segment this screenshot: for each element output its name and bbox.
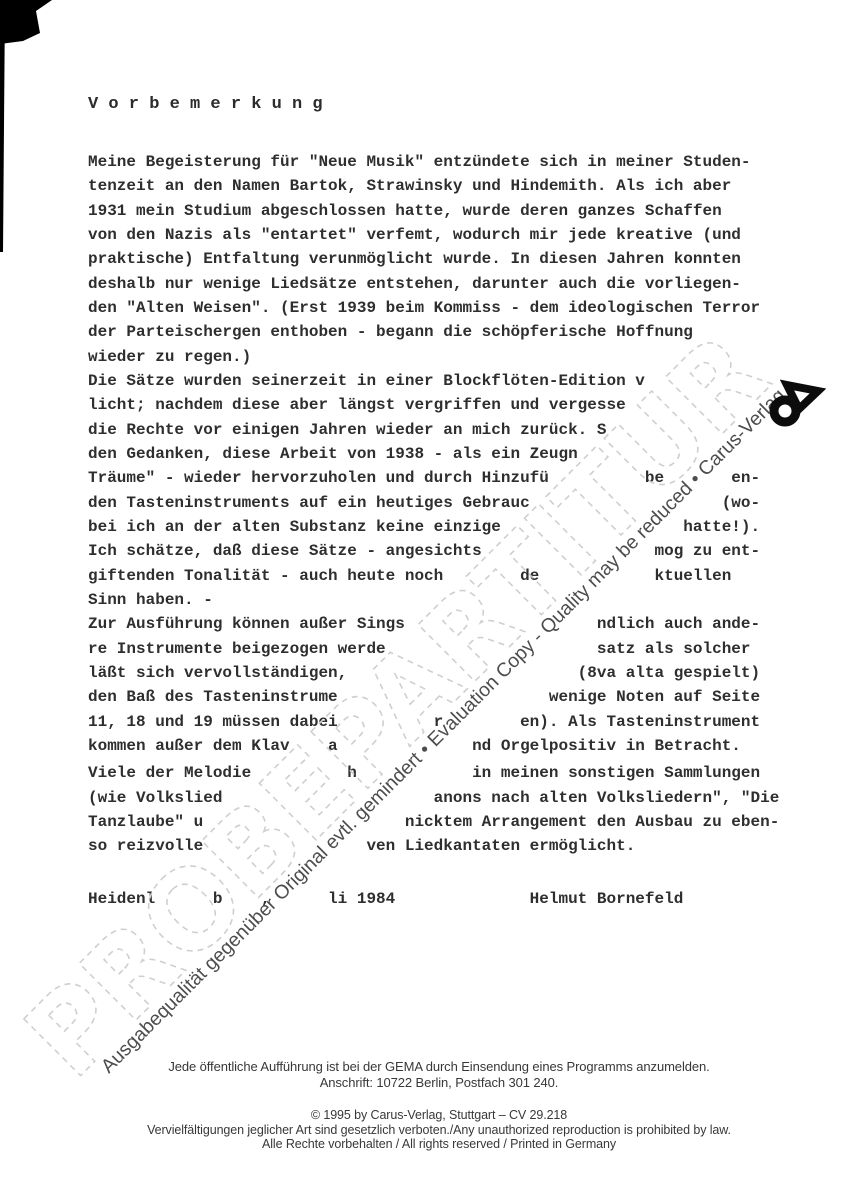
paragraph-4: Viele der Melodie h in meinen sonstigen … [88, 761, 808, 858]
text-line: der Parteischergen enthoben - begann die… [88, 320, 808, 344]
text-line: Sinn haben. - [88, 588, 808, 612]
scan-artifact-corner [0, 0, 52, 44]
text-line: Die Sätze wurden seinerzeit in einer Blo… [88, 369, 808, 393]
copyright-line: © 1995 by Carus-Verlag, Stuttgart – CV 2… [30, 1108, 848, 1123]
text-line: praktische) Entfaltung verunmöglicht wur… [88, 247, 808, 271]
scanned-preface-page: V o r b e m e r k u n g Meine Begeisteru… [0, 0, 848, 1200]
text-line: von den Nazis als "entartet" verfemt, wo… [88, 223, 808, 247]
text-line: so reizvolle ven Liedkantaten ermöglicht… [88, 834, 808, 858]
text-line: tenzeit an den Namen Bartok, Strawinsky … [88, 174, 808, 198]
page-title: V o r b e m e r k u n g [88, 95, 323, 114]
paragraph-2: Die Sätze wurden seinerzeit in einer Blo… [88, 369, 808, 612]
gema-line-1: Jede öffentliche Aufführung ist bei der … [30, 1059, 848, 1075]
rights-reserved-line: Alle Rechte vorbehalten / All rights res… [30, 1137, 848, 1152]
text-line: deshalb nur wenige Liedsätze entstehen, … [88, 272, 808, 296]
text-line: den "Alten Weisen". (Erst 1939 beim Komm… [88, 296, 808, 320]
text-line: den Tasteninstruments auf ein heutiges G… [88, 491, 808, 515]
text-line: wieder zu regen.) [88, 345, 808, 369]
text-line: läßt sich vervollständigen, (8va alta ge… [88, 661, 808, 685]
text-line: den Baß des Tasteninstrume wenige Noten … [88, 685, 808, 709]
text-line: 11, 18 und 19 müssen dabei r en). Als Ta… [88, 710, 808, 734]
text-line: bei ich an der alten Substanz keine einz… [88, 515, 808, 539]
text-line: Meine Begeisterung für "Neue Musik" entz… [88, 150, 808, 174]
text-line: Viele der Melodie h in meinen sonstigen … [88, 761, 808, 785]
preface-body: Meine Begeisterung für "Neue Musik" entz… [88, 150, 808, 911]
paragraph-1: Meine Begeisterung für "Neue Musik" entz… [88, 150, 808, 369]
reproduction-notice: Vervielfältigungen jeglicher Art sind ge… [30, 1123, 848, 1138]
text-line: die Rechte vor einigen Jahren wieder an … [88, 418, 808, 442]
text-line: kommen außer dem Klav a nd Orgelpositiv … [88, 734, 808, 758]
text-line: 1931 mein Studium abgeschlossen hatte, w… [88, 199, 808, 223]
signature-line: Heidenl b , li 1984 Helmut Bornefeld [88, 887, 808, 911]
text-line: (wie Volkslied anons nach alten Volkslie… [88, 786, 808, 810]
gema-line-2: Anschrift: 10722 Berlin, Postfach 301 24… [30, 1075, 848, 1091]
text-line: den Gedanken, diese Arbeit von 1938 - al… [88, 442, 808, 466]
gema-notice: Jede öffentliche Aufführung ist bei der … [30, 1059, 848, 1090]
scan-artifact-left-edge [0, 0, 5, 252]
text-line: Tanzlaube" u nicktem Arrangement den Aus… [88, 810, 808, 834]
copyright-block: © 1995 by Carus-Verlag, Stuttgart – CV 2… [30, 1108, 848, 1152]
text-line: Zur Ausführung können außer Sings ndlich… [88, 612, 808, 636]
text-line: giftenden Tonalität - auch heute noch de… [88, 564, 808, 588]
text-line: licht; nachdem diese aber längst vergrif… [88, 393, 808, 417]
text-line: re Instrumente beigezogen werde satz als… [88, 637, 808, 661]
text-line: Ich schätze, daß diese Sätze - angesicht… [88, 539, 808, 563]
paragraph-3: Zur Ausführung können außer Sings ndlich… [88, 612, 808, 758]
text-line: Träume" - wieder hervorzuholen und durch… [88, 466, 808, 490]
